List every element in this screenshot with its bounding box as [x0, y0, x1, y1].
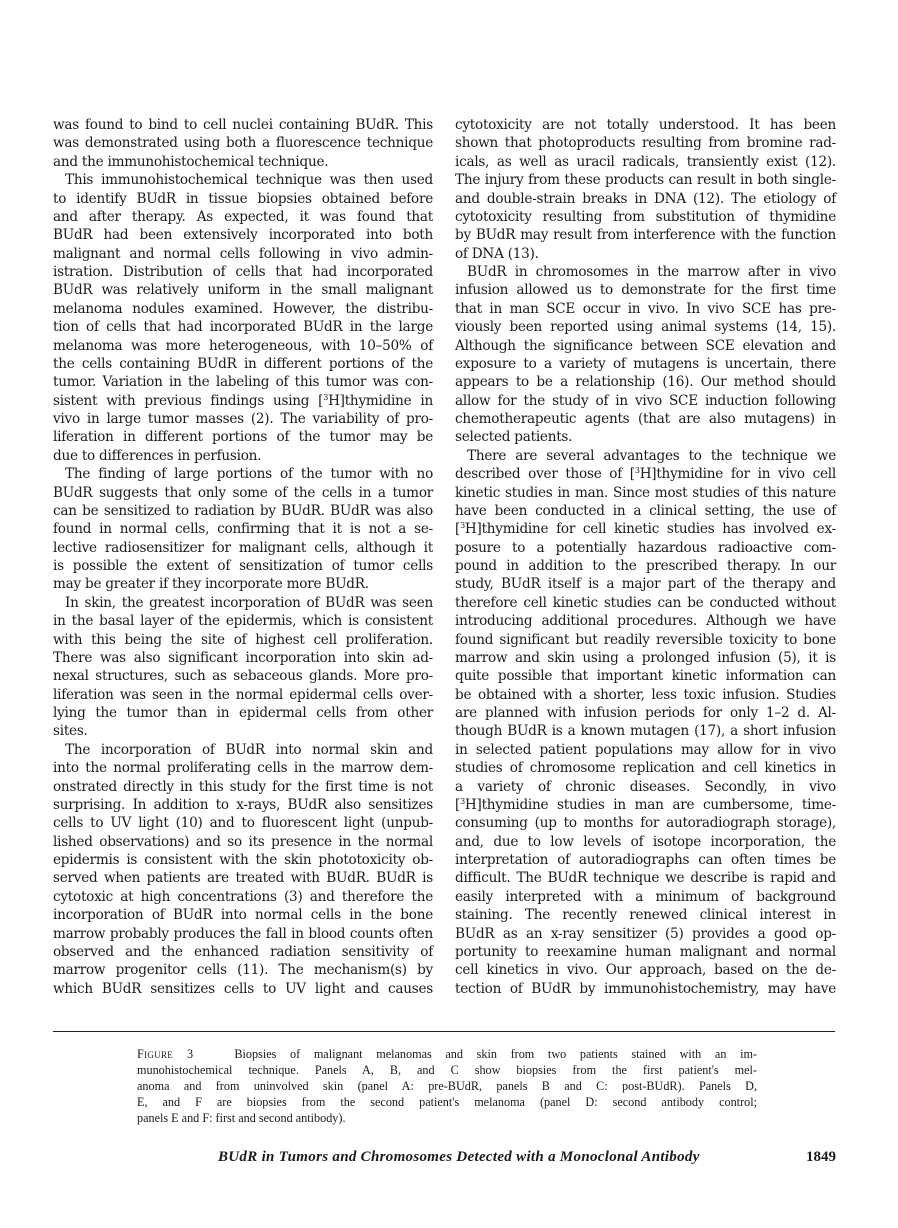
text-line: described over those of [3H]thymidine fo…	[455, 465, 836, 483]
text-line: BUdR as an x-ray sensitizer (5) provides…	[455, 925, 836, 943]
text-line: was found to bind to cell nuclei contain…	[53, 116, 433, 134]
text-line: sistent with previous findings using [3H…	[53, 392, 433, 410]
text-line: marrow probably produces the fall in blo…	[53, 925, 433, 943]
text-line: exposure to a variety of mutagens is unc…	[455, 355, 836, 373]
text-line: pound in addition to the prescribed ther…	[455, 557, 836, 575]
text-line: portunity to reexamine human malignant a…	[455, 943, 836, 961]
text-line: found in normal cells, confirming that i…	[53, 520, 433, 538]
text-line: liferation was seen in the normal epider…	[53, 686, 433, 704]
paragraph-start-line: The incorporation of BUdR into normal sk…	[53, 741, 433, 759]
paragraph-start-line: BUdR in chromosomes in the marrow after …	[455, 263, 836, 281]
text-line: cytotoxicity resulting from substitution…	[455, 208, 836, 226]
text-line: Although the significance between SCE el…	[455, 337, 836, 355]
text-line: malignant and normal cells following in …	[53, 245, 433, 263]
text-line: posure to a potentially hazardous radioa…	[455, 539, 836, 557]
figure-separator-rule	[53, 1031, 835, 1032]
text-line: cells to UV light (10) and to fluorescen…	[53, 814, 433, 832]
text-line: due to differences in perfusion.	[53, 447, 433, 465]
text-line: to identify BUdR in tissue biopsies obta…	[53, 190, 433, 208]
text-line: into the normal proliferating cells in t…	[53, 759, 433, 777]
text-line: vivo in large tumor masses (2). The vari…	[53, 410, 433, 428]
text-line: marrow progenitor cells (11). The mechan…	[53, 961, 433, 979]
text-line: though BUdR is a known mutagen (17), a s…	[455, 722, 836, 740]
text-line: interpretation of autoradiographs can of…	[455, 851, 836, 869]
text-line: [3H]thymidine for cell kinetic studies h…	[455, 520, 836, 538]
text-line: BUdR had been extensively incorporated i…	[53, 226, 433, 244]
text-line: icals, as well as uracil radicals, trans…	[455, 153, 836, 171]
text-line: are planned with infusion periods for on…	[455, 704, 836, 722]
text-line: melanoma nodules examined. However, the …	[53, 300, 433, 318]
text-line: with this being the site of highest cell…	[53, 631, 433, 649]
text-line: study, BUdR itself is a major part of th…	[455, 575, 836, 593]
text-line: BUdR was relatively uniform in the small…	[53, 281, 433, 299]
text-line: lying the tumor than in epidermal cells …	[53, 704, 433, 722]
text-line: found significant but readily reversible…	[455, 631, 836, 649]
text-line: and double-strain breaks in DNA (12). Th…	[455, 190, 836, 208]
text-line: lished observations) and so its presence…	[53, 833, 433, 851]
text-line: studies of chromosome replication and ce…	[455, 759, 836, 777]
text-line: appears to be a relationship (16). Our m…	[455, 373, 836, 391]
text-line: kinetic studies in man. Since most studi…	[455, 484, 836, 502]
caption-line: anoma and from uninvolved skin (panel A:…	[137, 1079, 757, 1095]
running-title: BUdR in Tumors and Chromosomes Detected …	[218, 1149, 700, 1166]
text-line: can be sensitized to radiation by BUdR. …	[53, 502, 433, 520]
text-line: [3H]thymidine studies in man are cumbers…	[455, 796, 836, 814]
text-line: sites.	[53, 722, 433, 740]
figure-caption: Figure 3 Biopsies of malignant melanomas…	[137, 1047, 757, 1127]
text-line: difficult. The BUdR technique we describ…	[455, 869, 836, 887]
text-line: BUdR suggests that only some of the cell…	[53, 484, 433, 502]
text-line: and after therapy. As expected, it was f…	[53, 208, 433, 226]
paragraph-start-line: There are several advantages to the tech…	[455, 447, 836, 465]
text-line: and, due to low levels of isotope incorp…	[455, 833, 836, 851]
text-line: istration. Distribution of cells that ha…	[53, 263, 433, 281]
text-line: There was also significant incorporation…	[53, 649, 433, 667]
paragraph-start-line: In skin, the greatest incorporation of B…	[53, 594, 433, 612]
caption-line: munohistochemical technique. Panels A, B…	[137, 1063, 757, 1079]
text-line: have been conducted in a clinical settin…	[455, 502, 836, 520]
text-line: cytotoxicity are not totally understood.…	[455, 116, 836, 134]
body-text-right-column: cytotoxicity are not totally understood.…	[455, 116, 836, 998]
text-line: cytotoxic at high concentrations (3) and…	[53, 888, 433, 906]
text-line: incorporation of BUdR into normal cells …	[53, 906, 433, 924]
text-line: be obtained with a shorter, less toxic i…	[455, 686, 836, 704]
text-line: a variety of chronic diseases. Secondly,…	[455, 778, 836, 796]
caption-line: Figure 3 Biopsies of malignant melanomas…	[137, 1047, 757, 1063]
text-line: by BUdR may result from interference wit…	[455, 226, 836, 244]
text-line: melanoma was more heterogeneous, with 10…	[53, 337, 433, 355]
text-line: tection of BUdR by immunohistochemistry,…	[455, 980, 836, 998]
text-line: tion of cells that had incorporated BUdR…	[53, 318, 433, 336]
text-line: in the basal layer of the epidermis, whi…	[53, 612, 433, 630]
figure-label: Figure 3	[137, 1047, 193, 1061]
text-line: staining. The recently renewed clinical …	[455, 906, 836, 924]
page-number: 1849	[806, 1149, 836, 1166]
paragraph-start-line: The finding of large portions of the tum…	[53, 465, 433, 483]
text-line: chemotherapeutic agents (that are also m…	[455, 410, 836, 428]
text-line: cell kinetics in vivo. Our approach, bas…	[455, 961, 836, 979]
text-line: introducing additional procedures. Altho…	[455, 612, 836, 630]
paragraph-start-line: This immunohistochemical technique was t…	[53, 171, 433, 189]
body-text-left-column: was found to bind to cell nuclei contain…	[53, 116, 433, 998]
text-line: viously been reported using animal syste…	[455, 318, 836, 336]
text-line: allow for the study of in vivo SCE induc…	[455, 392, 836, 410]
text-line: may be greater if they incorporate more …	[53, 575, 433, 593]
text-line: quite possible that important kinetic in…	[455, 667, 836, 685]
text-line: The injury from these products can resul…	[455, 171, 836, 189]
caption-line: E, and F are biopsies from the second pa…	[137, 1095, 757, 1111]
text-line: epidermis is consistent with the skin ph…	[53, 851, 433, 869]
text-line: onstrated directly in this study for the…	[53, 778, 433, 796]
text-line: is possible the extent of sensitization …	[53, 557, 433, 575]
text-line: which BUdR sensitizes cells to UV light …	[53, 980, 433, 998]
text-line: selected patients.	[455, 428, 836, 446]
text-line: therefore cell kinetic studies can be co…	[455, 594, 836, 612]
text-line: infusion allowed us to demonstrate for t…	[455, 281, 836, 299]
text-line: tumor. Variation in the labeling of this…	[53, 373, 433, 391]
text-line: nexal structures, such as sebaceous glan…	[53, 667, 433, 685]
text-line: consuming (up to months for autoradiogra…	[455, 814, 836, 832]
text-line: observed and the enhanced radiation sens…	[53, 943, 433, 961]
text-line: that in man SCE occur in vivo. In vivo S…	[455, 300, 836, 318]
text-line: lective radiosensitizer for malignant ce…	[53, 539, 433, 557]
caption-line: panels E and F: first and second antibod…	[137, 1111, 757, 1127]
text-line: easily interpreted with a minimum of bac…	[455, 888, 836, 906]
text-line: and the immunohistochemical technique.	[53, 153, 433, 171]
text-line: in selected patient populations may allo…	[455, 741, 836, 759]
text-line: shown that photoproducts resulting from …	[455, 134, 836, 152]
text-line: the cells containing BUdR in different p…	[53, 355, 433, 373]
text-line: of DNA (13).	[455, 245, 836, 263]
page-footer: BUdR in Tumors and Chromosomes Detected …	[218, 1149, 836, 1171]
text-line: served when patients are treated with BU…	[53, 869, 433, 887]
text-line: was demonstrated using both a fluorescen…	[53, 134, 433, 152]
text-line: surprising. In addition to x-rays, BUdR …	[53, 796, 433, 814]
text-line: marrow and skin using a prolonged infusi…	[455, 649, 836, 667]
text-line: liferation in different portions of the …	[53, 428, 433, 446]
